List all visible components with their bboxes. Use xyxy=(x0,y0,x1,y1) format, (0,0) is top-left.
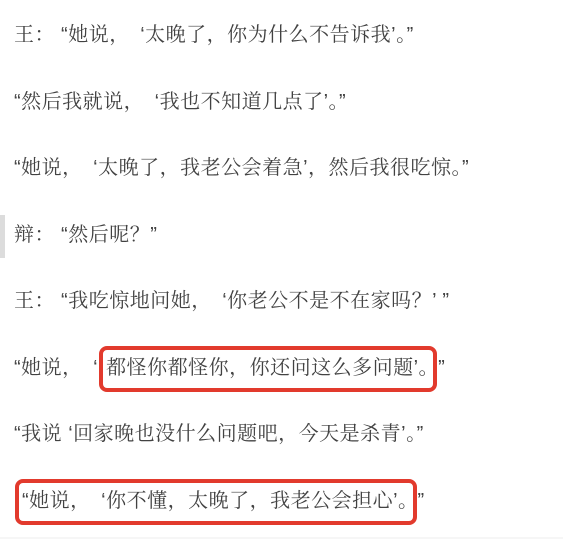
line-6-prefix: “她说， ‘ xyxy=(14,357,98,379)
bottom-faint-divider xyxy=(0,537,563,539)
transcript-line-3: “她说， ‘太晚了，我老公会着急’，然后我很吃惊。” xyxy=(14,156,557,180)
transcript-line-7: “我说 ‘回家晚也没什么问题吧，今天是杀青’。” xyxy=(14,422,557,446)
transcript-line-5: 王： “我吃惊地问她， ‘你老公不是不在家吗？’ ” xyxy=(14,289,557,313)
red-highlight-box-1: 都怪你都怪你，你还问这么多问题’。 xyxy=(99,346,437,392)
red-highlight-box-2: “她说， ‘你不懂，太晚了，我老公会担心’。 xyxy=(15,479,417,525)
transcript-line-4: 辩： “然后呢？” xyxy=(14,223,557,247)
transcript-line-1: 王： “她说， ‘太晚了，你为什么不告诉我’。” xyxy=(14,23,557,47)
transcript-line-8: “她说， ‘你不懂，太晚了，我老公会担心’。” xyxy=(14,489,557,513)
transcript-line-2: “然后我就说， ‘我也不知道几点了’。” xyxy=(14,90,557,114)
transcript-line-6: “她说， ‘都怪你都怪你，你还问这么多问题’。” xyxy=(14,356,557,380)
transcript: 王： “她说， ‘太晚了，你为什么不告诉我’。” “然后我就说， ‘我也不知道几… xyxy=(14,23,557,555)
line-8-suffix: ” xyxy=(418,490,425,512)
left-edge-artifact xyxy=(0,215,5,258)
line-6-suffix: ” xyxy=(438,357,445,379)
